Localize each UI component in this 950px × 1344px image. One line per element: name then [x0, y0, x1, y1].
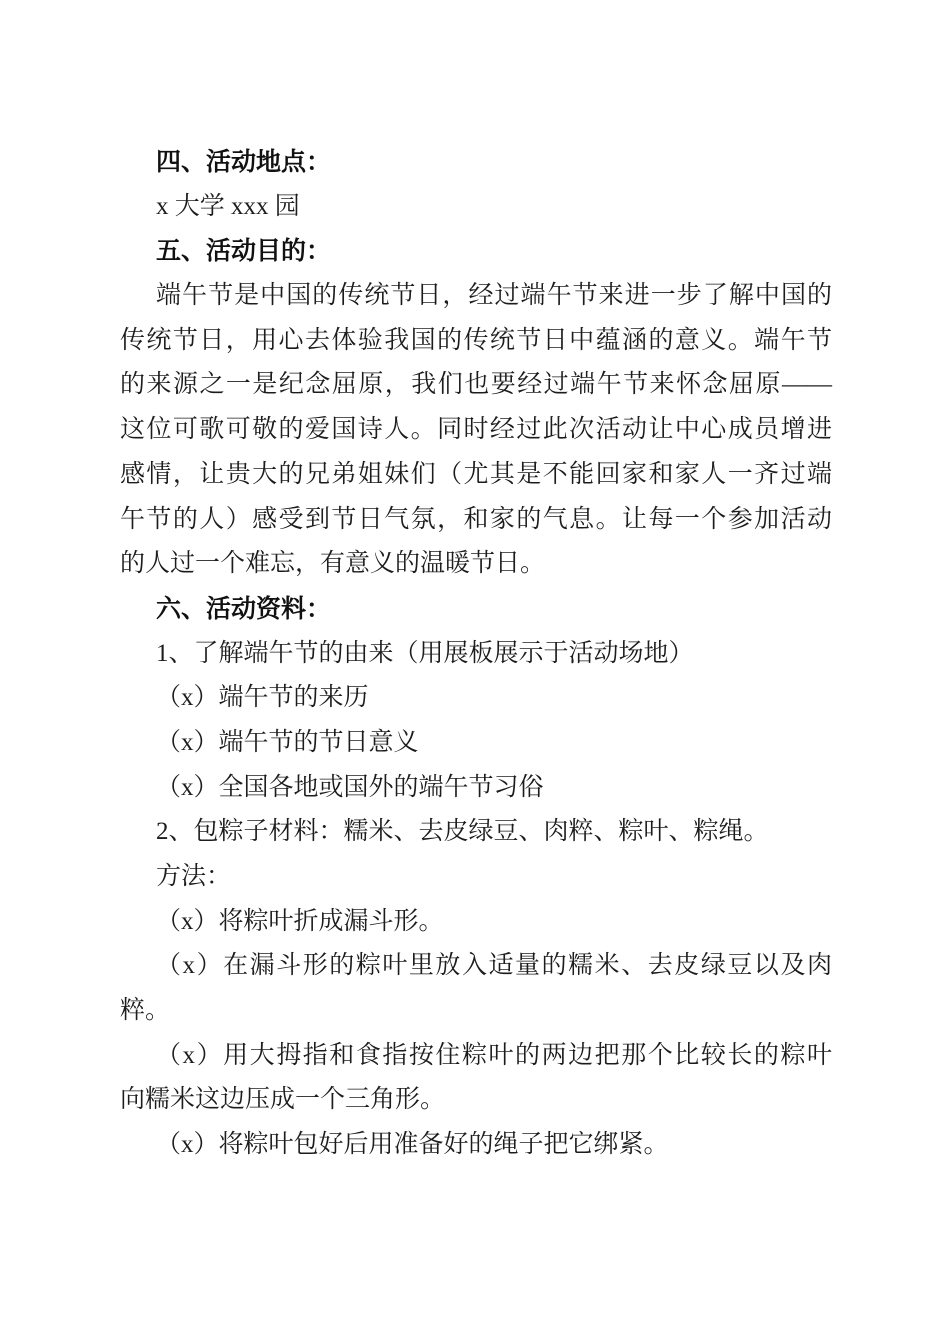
- text-line: （x）将粽叶包好后用准备好的绳子把它绑紧。: [120, 1123, 832, 1168]
- text-line: （x）用大拇指和食指按住粽叶的两边把那个比较长的粽叶: [120, 1034, 832, 1079]
- text-line: 1、了解端午节的由来（用展板展示于活动场地）: [120, 632, 832, 677]
- text-line: （x）全国各地或国外的端午节习俗: [120, 766, 832, 811]
- text-line: 粹。: [120, 989, 832, 1034]
- text-line: （x）在漏斗形的粽叶里放入适量的糯米、去皮绿豆以及肉: [120, 944, 832, 989]
- text-line: 的来源之一是纪念屈原，我们也要经过端午节来怀念屈原——: [120, 363, 832, 408]
- document-body: 四、活动地点：x 大学 xxx 园五、活动目的：端午节是中国的传统节日，经过端午…: [120, 140, 832, 1168]
- text-line: 方法：: [120, 855, 832, 900]
- text-line: 午节的人）感受到节日气氛，和家的气息。让每一个参加活动: [120, 498, 832, 543]
- text-line: 传统节日，用心去体验我国的传统节日中蕴涵的意义。端午节: [120, 319, 832, 364]
- section-heading: 六、活动资料：: [120, 587, 832, 632]
- text-line: （x）端午节的来历: [120, 676, 832, 721]
- section-heading: 五、活动目的：: [120, 229, 832, 274]
- text-line: 端午节是中国的传统节日，经过端午节来进一步了解中国的: [120, 274, 832, 319]
- text-line: 向糯米这边压成一个三角形。: [120, 1078, 832, 1123]
- text-line: （x）端午节的节日意义: [120, 721, 832, 766]
- text-line: 的人过一个难忘，有意义的温暖节日。: [120, 542, 832, 587]
- text-line: （x）将粽叶折成漏斗形。: [120, 900, 832, 945]
- text-line: 2、包粽子材料：糯米、去皮绿豆、肉粹、粽叶、粽绳。: [120, 810, 832, 855]
- document-page: 四、活动地点：x 大学 xxx 园五、活动目的：端午节是中国的传统节日，经过端午…: [0, 0, 950, 1344]
- text-line: x 大学 xxx 园: [120, 185, 832, 230]
- text-line: 这位可歌可敬的爱国诗人。同时经过此次活动让中心成员增进: [120, 408, 832, 453]
- section-heading: 四、活动地点：: [120, 140, 832, 185]
- text-line: 感情，让贵大的兄弟姐妹们（尤其是不能回家和家人一齐过端: [120, 453, 832, 498]
